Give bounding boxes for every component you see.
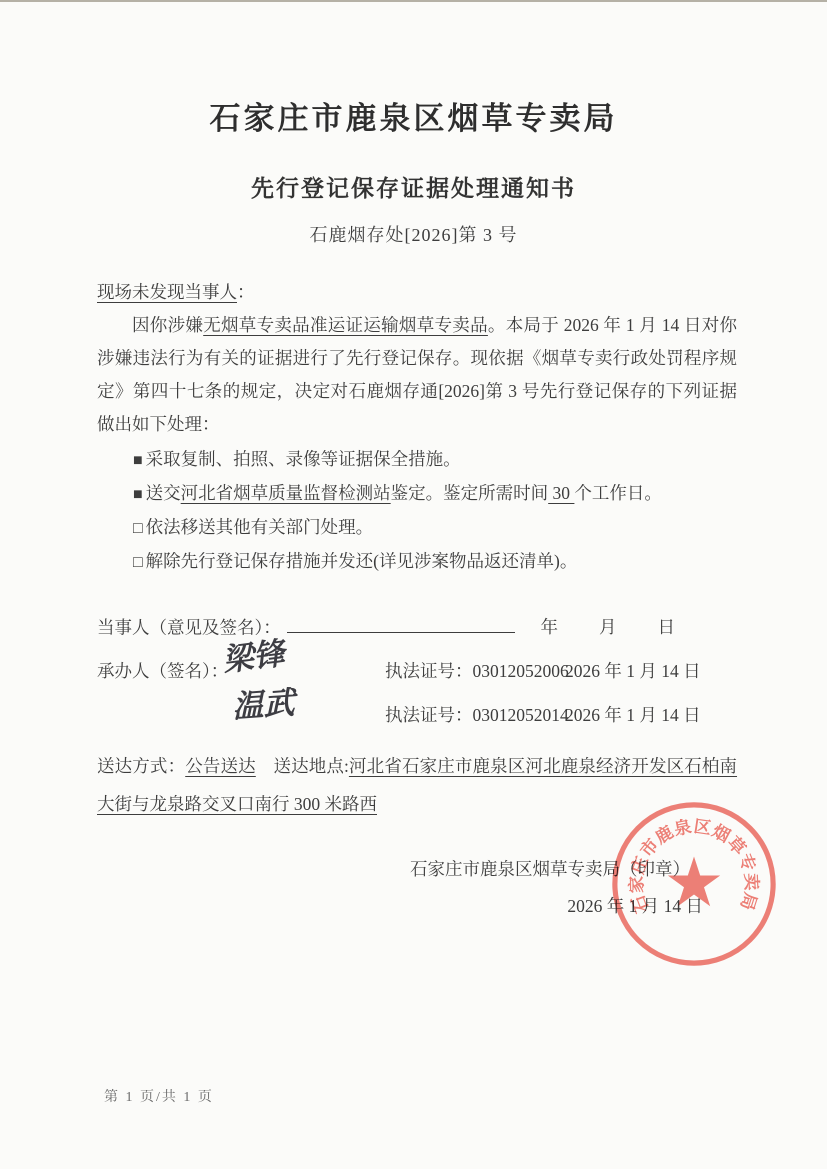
checkbox-unchecked-icon: □ [133,512,143,545]
cert-number: 03012052014 [473,705,569,725]
checkbox-unchecked-icon: □ [133,546,143,579]
handler-date-1: 2026 年 1 月 14 日 [565,658,701,684]
handler-signature-row-1: 承办人（签名）： 梁锋 执法证号：03012052006 2026 年 1 月 … [97,658,737,684]
issuing-authority-title: 石家庄市鹿泉区烟草专卖局 [0,103,827,134]
document-number: 石鹿烟存处[2026]第 3 号 [0,226,827,244]
disposal-item-pre: 送交 [146,483,181,503]
seal-star-icon [668,856,720,906]
enforcement-cert-group-1: 执法证号：03012052006 [385,658,569,684]
disposal-item: □依法移送其他有关部门处理。 [133,511,737,545]
disposal-item-post: 个工作日。 [574,483,662,503]
delivery-method: 公告送达 [185,756,256,776]
disposal-item-text: 采取复制、拍照、录像等证据保全措施。 [146,449,461,469]
salutation-text: 现场未发现当事人 [97,282,237,302]
delivery-method-label: 送达方式： [97,756,185,776]
handler-date-2: 2026 年 1 月 14 日 [565,702,701,728]
document-header: 石家庄市鹿泉区烟草专卖局 先行登记保存证据处理通知书 石鹿烟存处[2026]第 … [0,103,827,244]
salutation-colon: ： [237,282,255,302]
disposal-item-text: 依法移送其他有关部门处理。 [146,517,374,537]
disposal-item-mid: 鉴定。鉴定所需时间 [391,483,549,503]
alleged-violation-underlined: 无烟草专卖品准运证运输烟草专卖品 [203,315,488,335]
disposal-options-list: ■采取复制、拍照、录像等证据保全措施。 ■送交河北省烟草质量监督检测站鉴定。鉴定… [133,443,737,579]
document-title: 先行登记保存证据处理通知书 [0,177,827,200]
handwritten-signature-2: 温武 [232,690,299,721]
cert-number: 03012052006 [473,661,569,681]
checkbox-checked-icon: ■ [133,478,143,511]
paragraph-pre: 因你涉嫌 [132,315,203,335]
party-signature-label: 当事人（意见及签名）： [97,617,281,637]
party-signature-blank [287,614,515,633]
cert-label: 执法证号： [385,661,473,681]
disposal-item: □解除先行登记保存措施并发还(详见涉案物品返还清单)。 [133,545,737,579]
scan-edge-artifact [0,0,827,2]
disposal-item-text: 解除先行登记保存措施并发还(详见涉案物品返还清单)。 [146,551,578,571]
cert-label: 执法证号： [385,705,473,725]
salutation-line: 现场未发现当事人： [97,276,737,309]
handler-signature-label: 承办人（签名）： [97,661,228,681]
delivery-gap [256,756,274,776]
page-number-footer: 第 1 页/共 1 页 [104,1086,214,1106]
scanned-document-page: 石家庄市鹿泉区烟草专卖局 先行登记保存证据处理通知书 石鹿烟存处[2026]第 … [0,0,827,1169]
working-days-underlined: 30 [548,483,574,503]
handwritten-signature-1: 梁锋 [224,640,289,674]
party-signature-row: 当事人（意见及签名）： 年 月 日 [97,614,737,640]
inspection-station-underlined: 河北省烟草质量监督检测站 [181,483,391,503]
disposal-item: ■采取复制、拍照、录像等证据保全措施。 [133,443,737,477]
official-seal-stamp: 石家庄市鹿泉区烟草专卖局 [608,798,780,970]
document-body: 现场未发现当事人： 因你涉嫌无烟草专卖品准运证运输烟草专卖品。本局于 2026 … [97,276,737,579]
enforcement-cert-group-2: 执法证号：03012052014 [385,702,569,728]
delivery-place-label: 送达地点: [273,756,348,776]
party-date-blank: 年 月 日 [541,614,678,640]
disposal-item: ■送交河北省烟草质量监督检测站鉴定。鉴定所需时间 30 个工作日。 [133,477,737,511]
checkbox-checked-icon: ■ [133,444,143,477]
main-paragraph: 因你涉嫌无烟草专卖品准运证运输烟草专卖品。本局于 2026 年 1 月 14 日… [97,309,737,441]
